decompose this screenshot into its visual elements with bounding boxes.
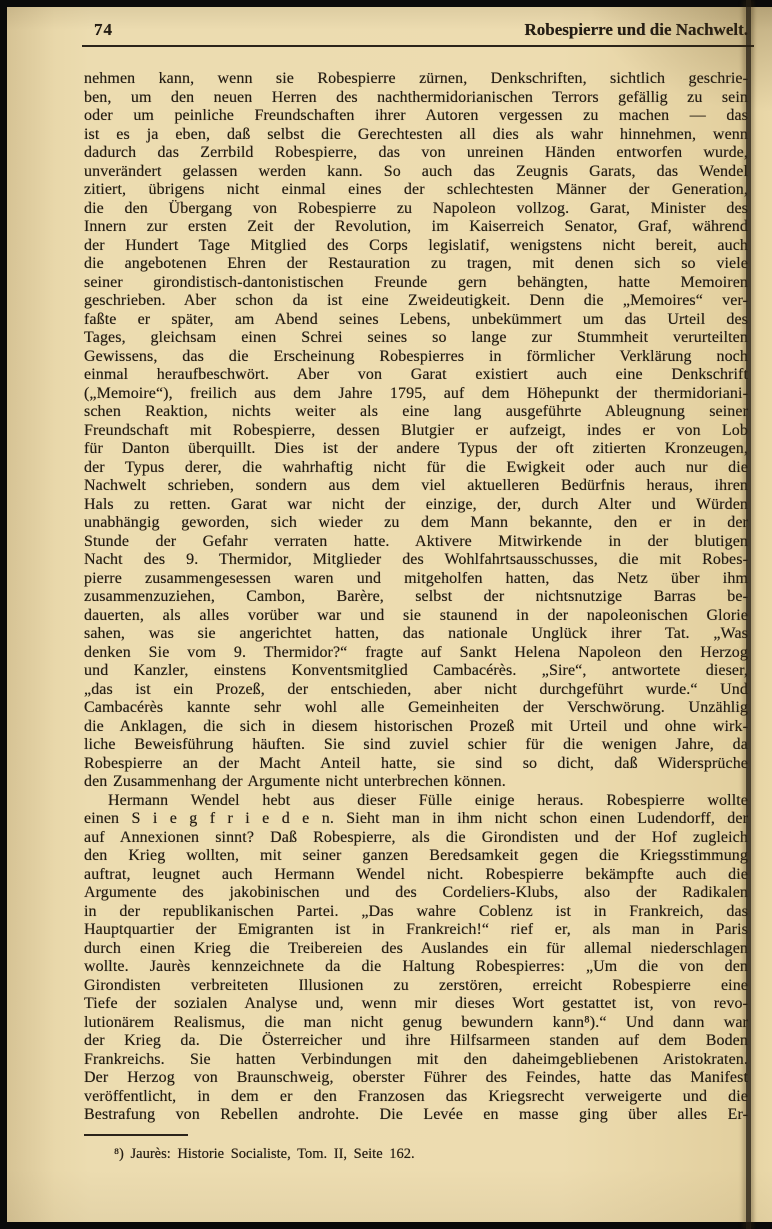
scanned-book-page: 74 Robespierre und die Nachwelt. nehmen … — [0, 0, 772, 1229]
text-line: Gewissens, das die Erscheinung Robespier… — [84, 348, 748, 367]
text-line: „das ist ein Prozeß, der entschieden, ab… — [84, 681, 748, 700]
text-line: den Krieg wollten, mit seiner ganzen Ber… — [84, 847, 748, 866]
scan-border-top — [0, 0, 772, 7]
text-line: dadurch das Zerrbild Robespierre, das vo… — [84, 144, 748, 163]
text-line: Der Herzog von Braunschweig, oberster Fü… — [84, 1069, 748, 1088]
text-line: für Danton überquillt. Dies ist der ande… — [84, 440, 748, 459]
text-line: der Krieg da. Die Österreicher und ihre … — [84, 1032, 748, 1051]
text-line: auftrat, leugnet auch Hermann Wendel nic… — [84, 866, 748, 885]
text-line: Argumente des jakobinischen und des Cord… — [84, 884, 748, 903]
text-line: denken Sie vom 9. Thermidor?“ fragte auf… — [84, 644, 748, 663]
text-line: schen Reaktion, nichts weiter als eine l… — [84, 403, 748, 422]
scan-border-bottom — [0, 1222, 772, 1229]
text-line: Innern zur ersten Zeit der Revolution, i… — [84, 218, 748, 237]
text-line: veröffentlicht, in dem er den Franzosen … — [84, 1088, 748, 1107]
text-line: die den Übergang von Robespierre zu Napo… — [84, 200, 748, 219]
text-line: Hauptquartier der Emigranten ist in Fran… — [84, 921, 748, 940]
text-line: Freundschaft mit Robespierre, dessen Blu… — [84, 422, 748, 441]
text-line: seiner girondistisch-dantonistischen Fre… — [84, 274, 748, 293]
text-line: und Kanzler, einstens Konventsmitglied C… — [84, 662, 748, 681]
text-line: einen S i e g f r i e d e n. Sieht man i… — [84, 810, 748, 829]
text-line: oder um peinliche Freundschaften ihrer A… — [84, 107, 748, 126]
text-line: liche Beweisführung häuften. Sie sind zu… — [84, 736, 748, 755]
running-title: Robespierre und die Nachwelt. — [524, 20, 748, 40]
body-text: nehmen kann, wenn sie Robespierre zürnen… — [84, 70, 748, 1125]
text-line: ben, um den neuen Herren des nachthermid… — [84, 89, 748, 108]
text-line: nehmen kann, wenn sie Robespierre zürnen… — [84, 70, 748, 89]
text-line: Girondisten verbreiteten Illusionen zu z… — [84, 977, 748, 996]
text-line: Stunde der Gefahr verraten hatte. Aktive… — [84, 533, 748, 552]
text-line: Cambacérès kannte sehr wohl alle Gemeinh… — [84, 699, 748, 718]
page-edge-shadow — [746, 0, 751, 1229]
header-rule — [82, 45, 754, 47]
text-line: die Anklagen, die sich in diesem histori… — [84, 718, 748, 737]
footnote-marker: ⁸) — [114, 1146, 124, 1162]
text-line: Frankreichs. Sie hatten Verbindungen mit… — [84, 1051, 748, 1070]
text-line: sahen, was sie angerichtet hatten, das n… — [84, 625, 748, 644]
text-line: der Typus derer, die wahrhaftig nicht fü… — [84, 459, 748, 478]
text-line: ist es ja eben, daß selbst die Gerechtes… — [84, 126, 748, 145]
text-line: unverändert gelassen werden kann. So auc… — [84, 163, 748, 182]
text-line: auf Annexionen sinnt? Daß Robespierre, a… — [84, 829, 748, 848]
page-header: 74 Robespierre und die Nachwelt. — [84, 20, 748, 40]
text-line: faßte er später, am Abend seines Lebens,… — [84, 311, 748, 330]
text-line: Nachwelt schrieben, sondern aus dem viel… — [84, 477, 748, 496]
text-line: in der republikanischen Partei. „Das wah… — [84, 903, 748, 922]
text-line: Tiefe der sozialen Analyse und, wenn mir… — [84, 995, 748, 1014]
scan-border-left — [0, 0, 7, 1229]
footnote-text: Jaurès: Historie Socialiste, Tom. II, Se… — [131, 1146, 415, 1162]
text-line: zitiert, übrigens nicht einmal eines der… — [84, 181, 748, 200]
text-line: Bestrafung von Rebellen androhte. Die Le… — [84, 1106, 748, 1125]
text-line: den Zusammenhang der Argumente nicht unt… — [84, 773, 748, 792]
text-line: dauerten, als alles vorüber war und sie … — [84, 607, 748, 626]
text-line: Robespierre an der Macht Anteil hatte, s… — [84, 755, 748, 774]
text-line: lutionärem Realismus, die man nicht genu… — [84, 1014, 748, 1033]
text-line: wollte. Jaurès kennzeichnete da die Halt… — [84, 958, 748, 977]
page-number: 74 — [94, 20, 113, 40]
text-line: geschrieben. Aber schon da ist eine Zwei… — [84, 292, 748, 311]
text-line: zusammenzuziehen, Cambon, Barère, selbst… — [84, 588, 748, 607]
paragraph: nehmen kann, wenn sie Robespierre zürnen… — [84, 70, 748, 792]
footnote: ⁸) Jaurès: Historie Socialiste, Tom. II,… — [84, 1146, 748, 1163]
paragraph: Hermann Wendel hebt aus dieser Fülle ein… — [84, 792, 748, 1125]
text-line: Hermann Wendel hebt aus dieser Fülle ein… — [84, 792, 748, 811]
text-line: die angebotenen Ehren der Restauration z… — [84, 255, 748, 274]
text-line: einmal heraufbeschwört. Aber von Garat e… — [84, 366, 748, 385]
text-line: unabhängig geworden, sich wieder zu dem … — [84, 514, 748, 533]
text-line: Tages, gleichsam einen Schrei seines so … — [84, 329, 748, 348]
text-line: pierre zusammengesessen waren und mitgeh… — [84, 570, 748, 589]
text-line: der Hundert Tage Mitglied des Corps legi… — [84, 237, 748, 256]
text-line: durch einen Krieg die Treibereien des Au… — [84, 940, 748, 959]
text-line: Hals zu retten. Garat war nicht der einz… — [84, 496, 748, 515]
text-line: („Memoire“), freilich aus dem Jahre 1795… — [84, 385, 748, 404]
text-line: Nacht des 9. Thermidor, Mitglieder des W… — [84, 551, 748, 570]
footnote-separator-rule — [84, 1134, 188, 1136]
